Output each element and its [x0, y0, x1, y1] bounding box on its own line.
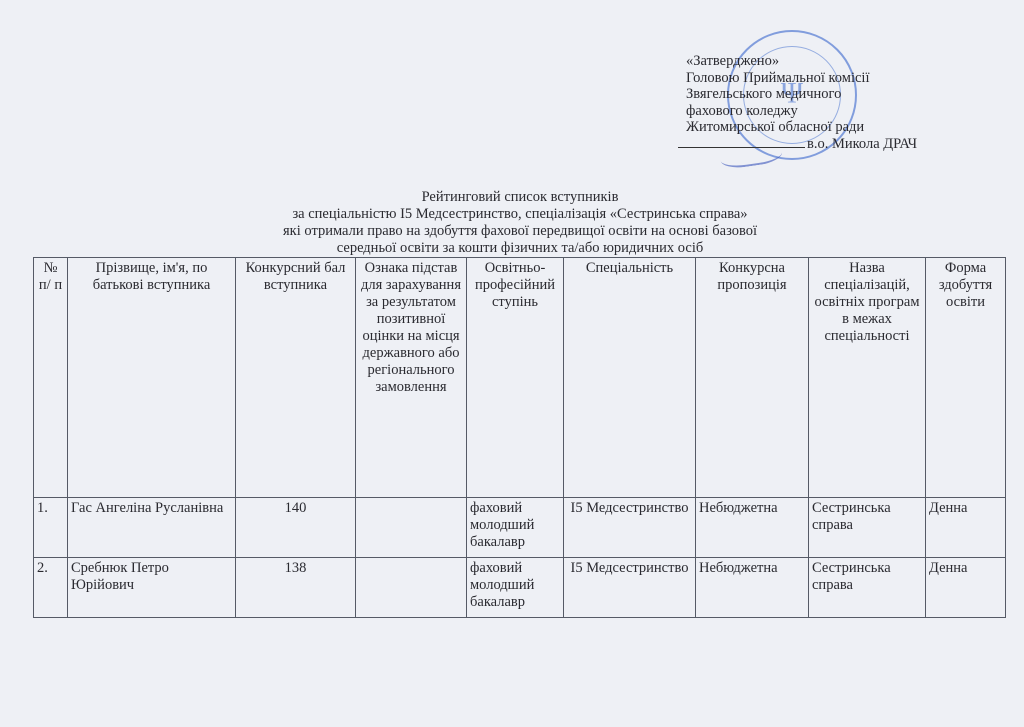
header-basis: Ознака підстав для зарахування за резуль…: [356, 258, 467, 498]
approval-block: «Затверджено» Головою Приймальної комісі…: [686, 53, 986, 153]
header-score: Конкурсний бал вступника: [236, 258, 356, 498]
approval-line: фахового коледжу: [686, 103, 986, 120]
cell-basis: [356, 498, 467, 558]
signature-line: в.о. Микола ДРАЧ: [678, 136, 986, 153]
rating-table: № п/ п Прізвище, ім'я, по батькові вступ…: [33, 257, 1006, 618]
cell-specialization: Сестринська справа: [809, 558, 926, 618]
header-specialty: Спеціальність: [564, 258, 696, 498]
cell-form: Денна: [926, 498, 1006, 558]
cell-form: Денна: [926, 558, 1006, 618]
table-row: 2. Сребнюк Петро Юрійович 138 фаховий мо…: [34, 558, 1006, 618]
signatory-name: в.о. Микола ДРАЧ: [807, 136, 917, 152]
cell-specialty: І5 Медсестринство: [564, 558, 696, 618]
header-number: № п/ п: [34, 258, 68, 498]
header-specialization: Назва спеціалізацій, освітніх програм в …: [809, 258, 926, 498]
title-line: які отримали право на здобуття фахової п…: [150, 223, 890, 240]
signature-underline: [678, 147, 805, 148]
header-name: Прізвище, ім'я, по батькові вступника: [68, 258, 236, 498]
cell-number: 1.: [34, 498, 68, 558]
cell-name: Сребнюк Петро Юрійович: [68, 558, 236, 618]
title-line: Рейтинговий список вступників: [150, 189, 890, 206]
header-form: Форма здобуття освіти: [926, 258, 1006, 498]
cell-name: Гас Ангеліна Русланівна: [68, 498, 236, 558]
cell-score: 138: [236, 558, 356, 618]
cell-offer: Небюджетна: [696, 498, 809, 558]
approval-line: «Затверджено»: [686, 53, 986, 70]
cell-basis: [356, 558, 467, 618]
title-line: середньої освіти за кошти фізичних та/аб…: [150, 240, 890, 257]
title-line: за спеціальністю І5 Медсестринство, спец…: [150, 206, 890, 223]
approval-line: Житомирської обласної ради: [686, 119, 986, 136]
approval-line: Головою Приймальної комісії: [686, 70, 986, 87]
cell-degree: фаховий молодший бакалавр: [467, 498, 564, 558]
cell-specialty: І5 Медсестринство: [564, 498, 696, 558]
header-degree: Освітньо-професійний ступінь: [467, 258, 564, 498]
header-offer: Конкурсна пропозиція: [696, 258, 809, 498]
document-title: Рейтинговий список вступників за спеціал…: [150, 189, 890, 257]
cell-number: 2.: [34, 558, 68, 618]
table-header-row: № п/ п Прізвище, ім'я, по батькові вступ…: [34, 258, 1006, 498]
cell-degree: фаховий молодший бакалавр: [467, 558, 564, 618]
cell-score: 140: [236, 498, 356, 558]
table-row: 1. Гас Ангеліна Русланівна 140 фаховий м…: [34, 498, 1006, 558]
cell-specialization: Сестринська справа: [809, 498, 926, 558]
cell-offer: Небюджетна: [696, 558, 809, 618]
approval-line: Звягельського медичного: [686, 86, 986, 103]
